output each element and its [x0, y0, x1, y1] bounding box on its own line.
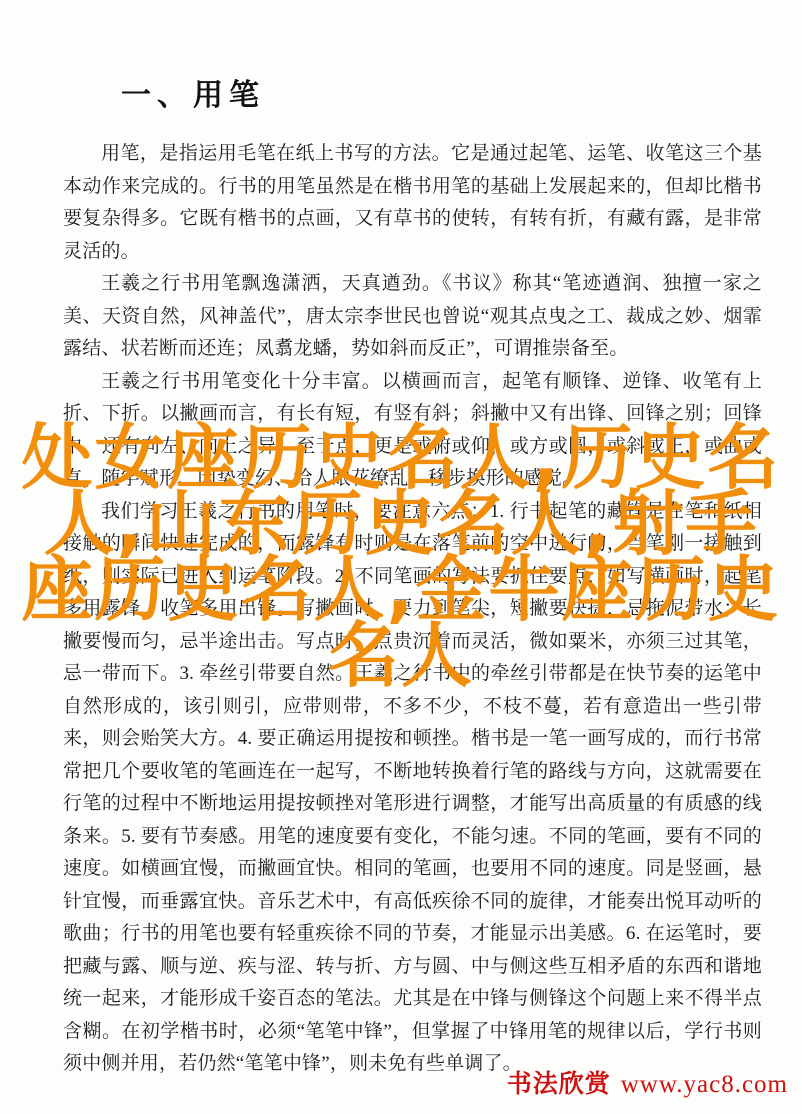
scanned-document-page: 一、用笔 用笔，是指运用毛笔在纸上书写的方法。它是通过起笔、运笔、收笔这三个基本… — [0, 0, 802, 1114]
paragraph-1: 用笔，是指运用毛笔在纸上书写的方法。它是通过起笔、运笔、收笔这三个基本动作来完成… — [63, 138, 762, 268]
paragraph-4: 我们学习王羲之行书的用笔时，要注意六点：1. 行书起笔的藏锋是在笔和纸相接触的瞬… — [63, 496, 762, 1081]
site-watermark-url: www.yac8.com — [621, 1071, 788, 1098]
site-watermark-name: 书法欣赏 — [507, 1071, 611, 1098]
document-body: 一、用笔 用笔，是指运用毛笔在纸上书写的方法。它是通过起笔、运笔、收笔这三个基本… — [63, 70, 762, 1081]
site-watermark: 书法欣赏www.yac8.com — [507, 1064, 788, 1100]
paragraph-3: 王羲之行书用笔变化十分丰富。以横画而言，起笔有顺锋、逆锋、收笔有上折、下折。以撇… — [63, 366, 762, 496]
paragraph-2: 王羲之行书用笔飘逸潇洒，天真遒劲。《书议》称其“笔迹遒润、独擅一家之美、天资自然… — [63, 268, 762, 366]
section-title: 一、用笔 — [121, 70, 762, 114]
